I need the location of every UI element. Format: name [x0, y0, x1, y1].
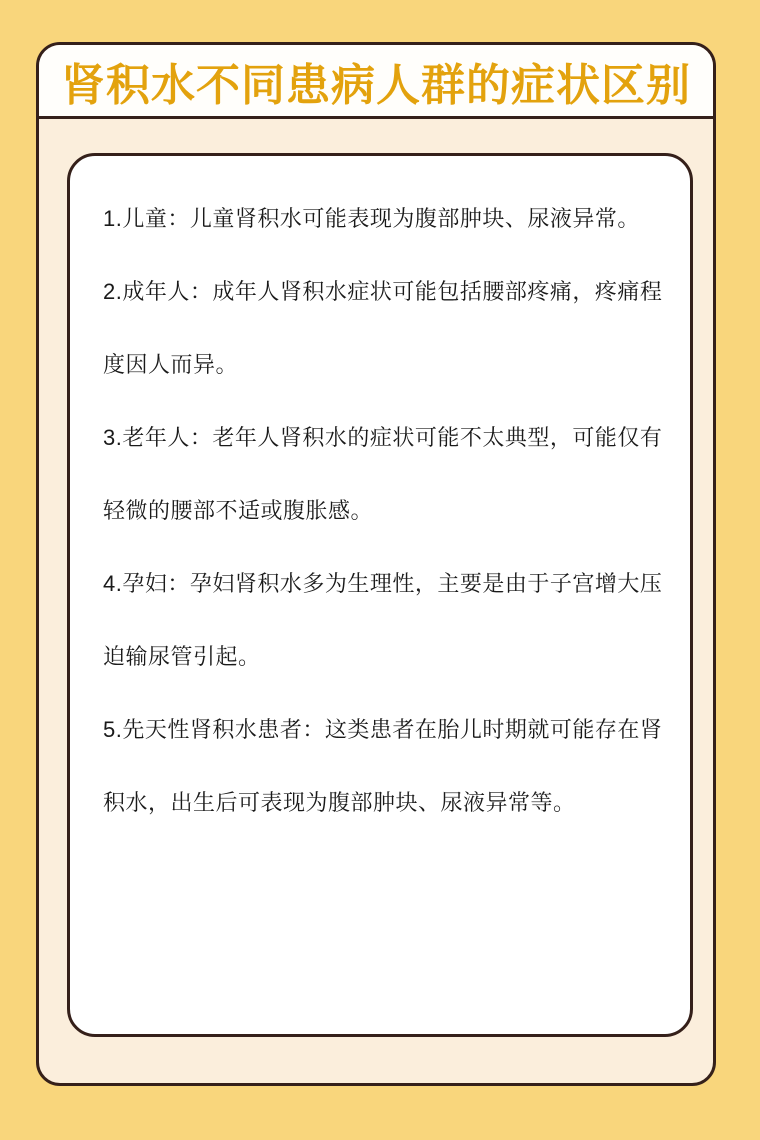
- page-title: 肾积水不同患病人群的症状区别: [61, 49, 691, 113]
- list-item-line: 4.孕妇：孕妇肾积水多为生理性，主要是由于子宫增大压: [103, 547, 660, 620]
- card-body: 1.儿童：儿童肾积水可能表现为腹部肿块、尿液异常。 2.成年人：成年人肾积水症状…: [39, 153, 713, 1037]
- content-box: 1.儿童：儿童肾积水可能表现为腹部肿块、尿液异常。 2.成年人：成年人肾积水症状…: [67, 153, 693, 1037]
- list-item-elderly: 3.老年人：老年人肾积水的症状可能不太典型，可能仅有 轻微的腰部不适或腹胀感。: [103, 401, 660, 547]
- list-item-line: 度因人而异。: [103, 328, 660, 401]
- list-item-line: 5.先天性肾积水患者：这类患者在胎儿时期就可能存在肾: [103, 693, 660, 766]
- list-item-line: 3.老年人：老年人肾积水的症状可能不太典型，可能仅有: [103, 401, 660, 474]
- list-item-children: 1.儿童：儿童肾积水可能表现为腹部肿块、尿液异常。: [103, 182, 660, 255]
- list-item-congenital-patients: 5.先天性肾积水患者：这类患者在胎儿时期就可能存在肾 积水，出生后可表现为腹部肿…: [103, 693, 660, 839]
- list-item-line: 2.成年人：成年人肾积水症状可能包括腰部疼痛，疼痛程: [103, 255, 660, 328]
- list-item-line: 积水，出生后可表现为腹部肿块、尿液异常等。: [103, 766, 660, 839]
- info-card: 肾积水不同患病人群的症状区别 1.儿童：儿童肾积水可能表现为腹部肿块、尿液异常。…: [36, 42, 716, 1086]
- list-item-line: 1.儿童：儿童肾积水可能表现为腹部肿块、尿液异常。: [103, 182, 660, 255]
- list-item-adults: 2.成年人：成年人肾积水症状可能包括腰部疼痛，疼痛程 度因人而异。: [103, 255, 660, 401]
- list-item-line: 迫输尿管引起。: [103, 620, 660, 693]
- card-header: 肾积水不同患病人群的症状区别: [39, 45, 713, 119]
- list-item-line: 轻微的腰部不适或腹胀感。: [103, 474, 660, 547]
- list-item-pregnant-women: 4.孕妇：孕妇肾积水多为生理性，主要是由于子宫增大压 迫输尿管引起。: [103, 547, 660, 693]
